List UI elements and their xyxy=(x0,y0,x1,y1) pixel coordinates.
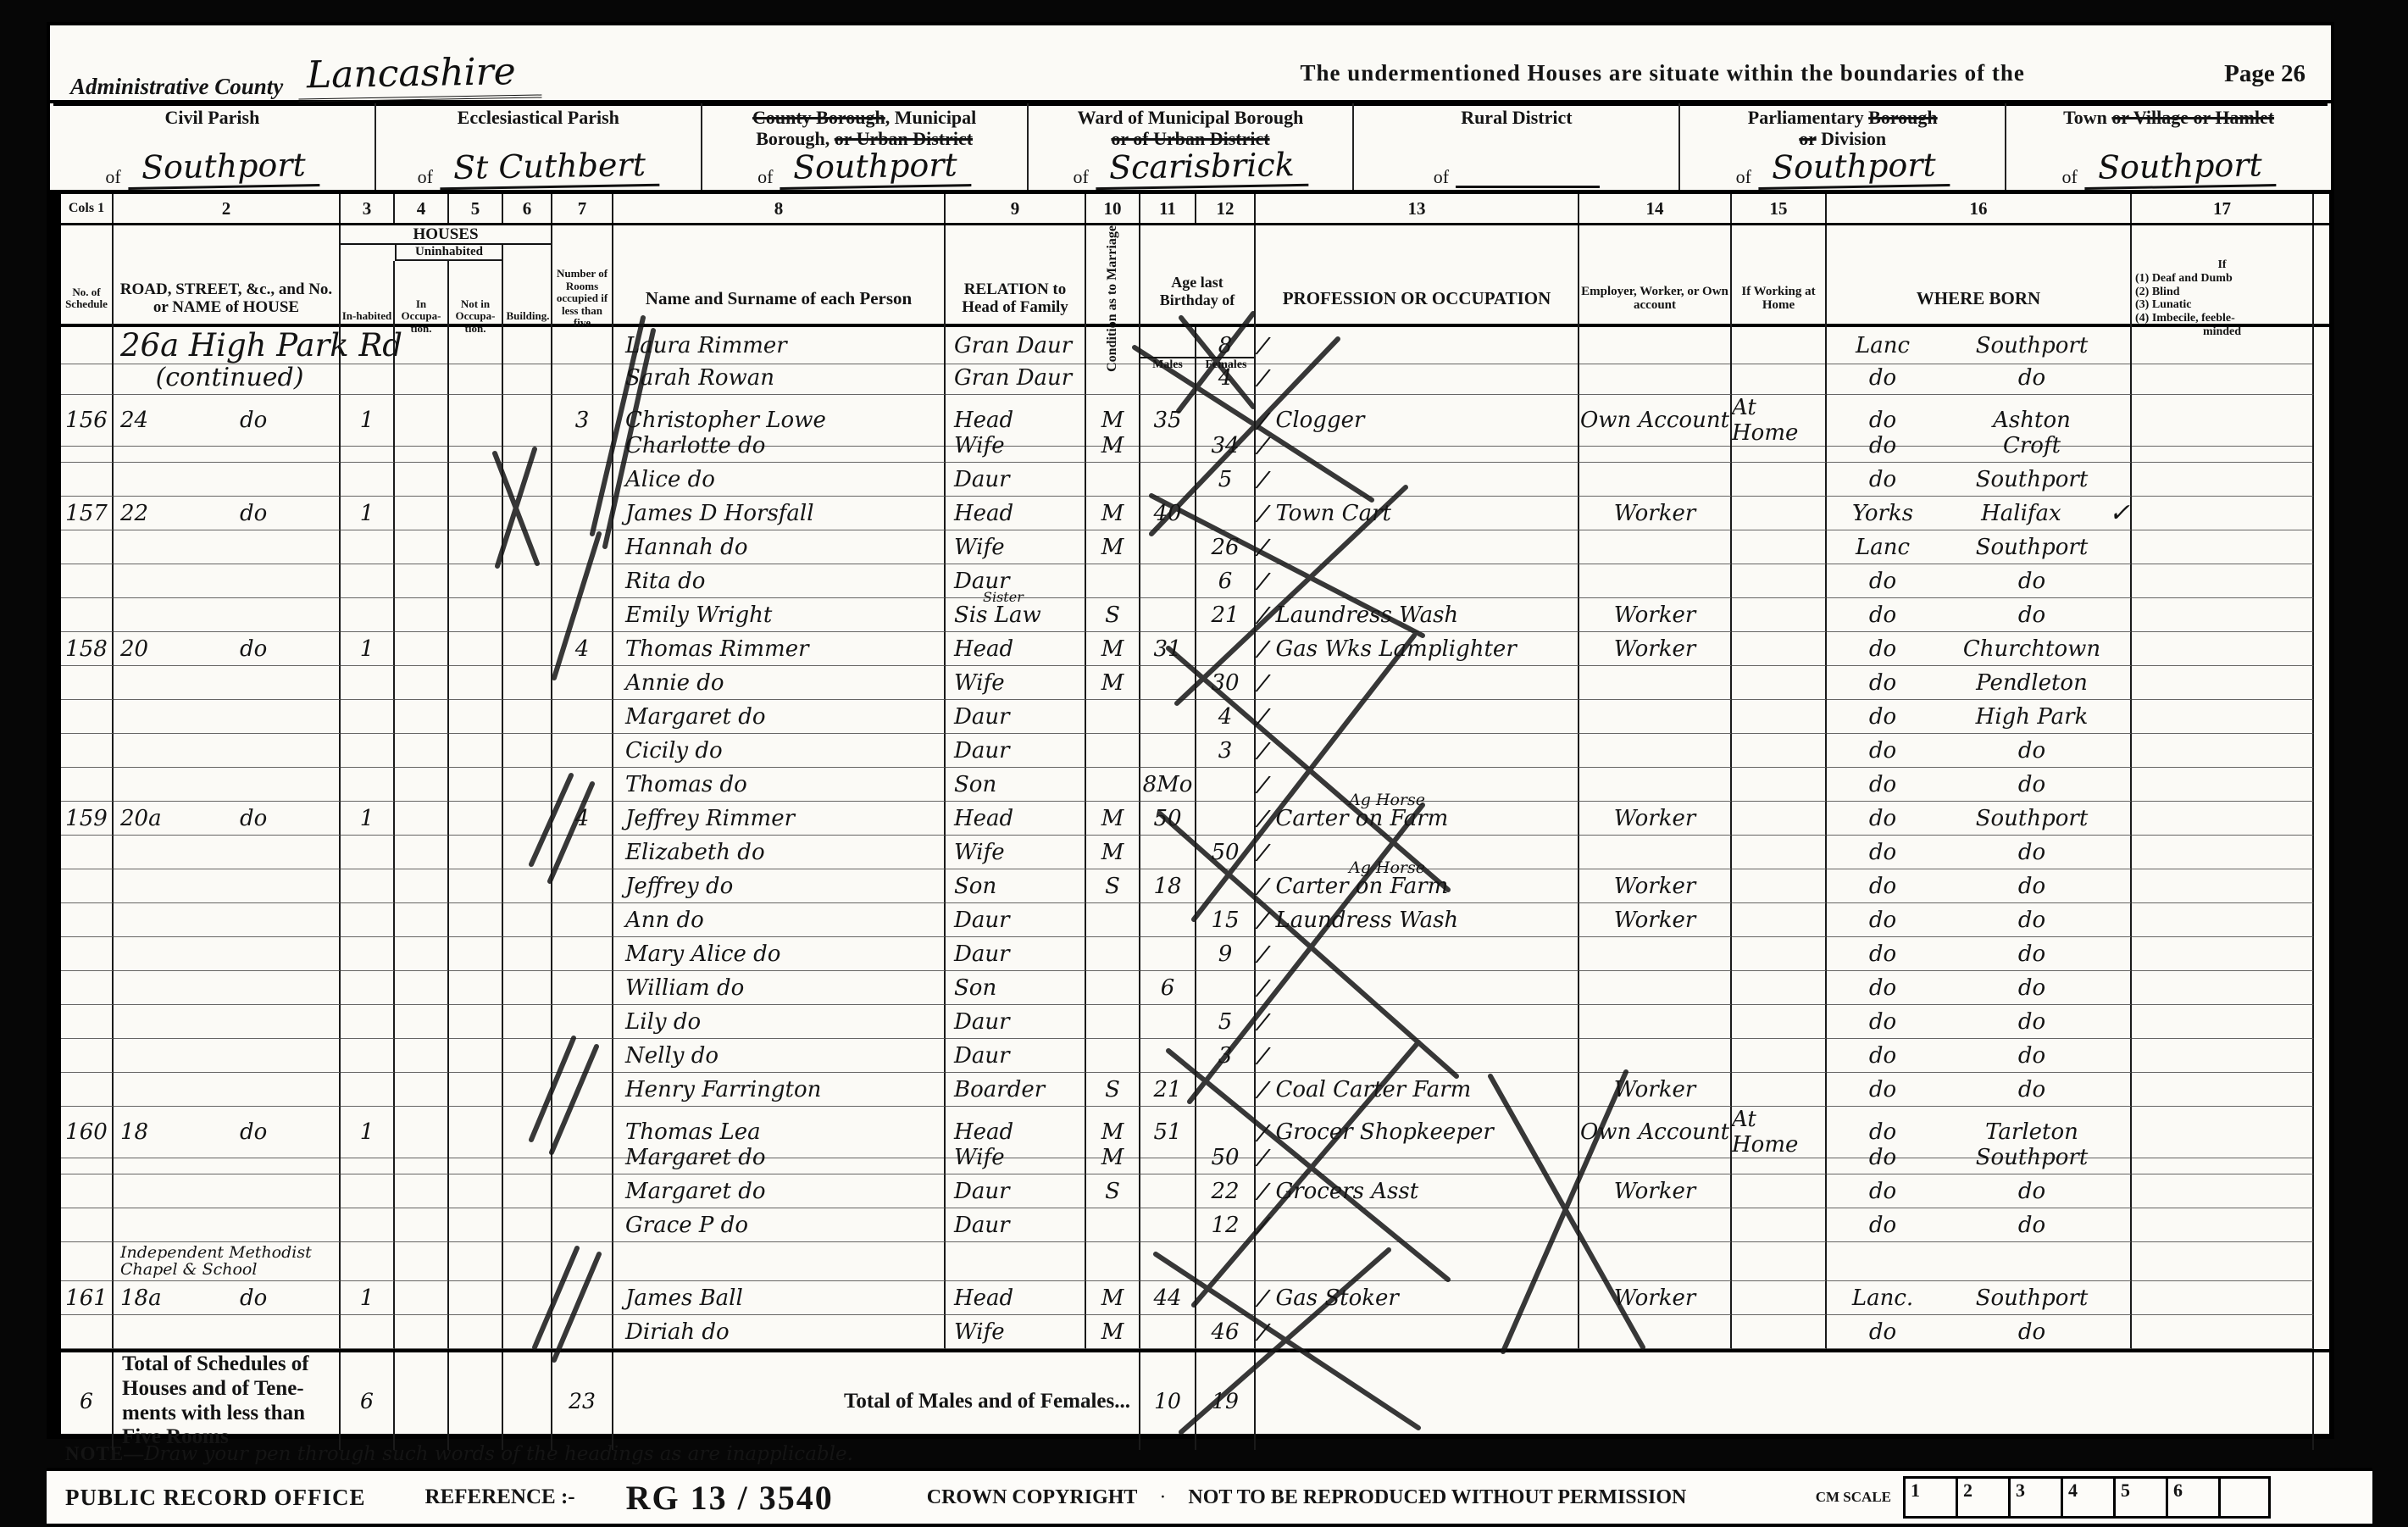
not-in-occupation-cell xyxy=(449,564,503,598)
age-male xyxy=(1140,598,1196,632)
colnum-5: 5 xyxy=(449,194,503,223)
schedule-number xyxy=(61,971,114,1005)
employer-status xyxy=(1579,564,1732,598)
schedule-number: 161 xyxy=(61,1281,114,1315)
tick-mark: / xyxy=(1257,1007,1270,1036)
in-occupation-cell xyxy=(395,971,449,1005)
address-cell xyxy=(114,768,341,802)
table-row: Lily do Daur 5 / do do xyxy=(61,1005,2329,1039)
born-county: do xyxy=(1832,1145,1934,1170)
inhabited-mark: 1 xyxy=(341,802,395,836)
building-cell xyxy=(503,666,552,700)
profession-cell: / xyxy=(1256,327,1579,364)
table-row: Annie do Wife M 30 / do Pendleton xyxy=(61,666,2329,700)
address-cell xyxy=(114,463,341,497)
employer-status xyxy=(1579,1315,1732,1349)
infirmity-line: (4) Imbecile, feeble- xyxy=(2135,312,2235,325)
relation-cell: Head xyxy=(946,802,1086,836)
at-home-status xyxy=(1732,768,1827,802)
address-ditto: Chapel & School xyxy=(120,1262,257,1279)
in-occupation-cell xyxy=(395,734,449,768)
profession-text: Laundress Wash xyxy=(1275,602,1458,628)
footer-separator: · xyxy=(1159,1486,1166,1509)
relation-cell: Gran Daur xyxy=(946,327,1086,364)
address-ditto: do xyxy=(240,636,267,662)
cm-scale-box: 3 xyxy=(2008,1476,2061,1519)
born-county: do xyxy=(1832,1077,1934,1102)
profession-cell: / xyxy=(1256,429,1579,463)
profession-cell: / xyxy=(1256,361,1579,395)
profession-cell: / Gas Wks Lamplighter xyxy=(1256,632,1579,666)
colnum-3: 3 xyxy=(341,194,395,223)
relation-text: Daur xyxy=(954,941,1010,967)
profession-cell: / xyxy=(1256,1315,1579,1349)
relation-cell: Daur xyxy=(946,937,1086,971)
tick-mark: / xyxy=(1257,668,1270,697)
schedule-number xyxy=(61,327,114,364)
born-county: do xyxy=(1832,1043,1934,1069)
not-in-occupation-cell xyxy=(449,598,503,632)
total-males: 10 xyxy=(1140,1352,1196,1450)
born-place: do xyxy=(1934,1319,2130,1345)
marital-condition xyxy=(1086,1208,1140,1242)
in-occupation-cell xyxy=(395,530,449,564)
relation-cell: Wife xyxy=(946,666,1086,700)
census-scan: Administrative County Lancashire The und… xyxy=(0,0,2408,1527)
profession-cell: / Ag Horse Carter on Farm xyxy=(1256,869,1579,903)
tick-mark: / xyxy=(1257,973,1270,1002)
inhabited-mark xyxy=(341,1315,395,1349)
address-ditto: do xyxy=(240,806,267,831)
admin-county: Administrative County Lancashire xyxy=(70,52,1101,100)
relation-text: Sis Law xyxy=(954,602,1041,628)
at-home-status xyxy=(1732,327,1827,364)
profession-cell: / xyxy=(1256,666,1579,700)
marital-condition xyxy=(1086,463,1140,497)
schedule-number xyxy=(61,598,114,632)
at-home-status xyxy=(1732,700,1827,734)
inhabited-mark: 1 xyxy=(341,497,395,530)
relation-text: Daur xyxy=(954,738,1010,763)
address-cell xyxy=(114,1208,341,1242)
in-occupation-cell xyxy=(395,1073,449,1107)
infirmity-cell xyxy=(2132,463,2314,497)
table-row: Diriah do Wife M 46 / do do xyxy=(61,1315,2329,1349)
address-cell xyxy=(114,1174,341,1208)
footer-copyright: CROWN COPYRIGHT xyxy=(927,1486,1138,1509)
profession-cell: / xyxy=(1256,1005,1579,1039)
relation-text: Wife xyxy=(954,1145,1005,1170)
person-name: Lily do xyxy=(613,1005,946,1039)
address-cell xyxy=(114,836,341,869)
tick-mark: / xyxy=(1257,1283,1270,1312)
footer-reference-number: RG 13 / 3540 xyxy=(626,1478,834,1518)
where-born-cell xyxy=(1827,1242,2132,1281)
where-born-cell: do Southport xyxy=(1827,463,2132,497)
age-female xyxy=(1196,802,1256,836)
person-name: Emily Wright xyxy=(613,598,946,632)
schedule-number xyxy=(61,463,114,497)
tick-mark: / xyxy=(1257,837,1270,866)
schedule-number: 157 xyxy=(61,497,114,530)
profession-cell: / Gas Stoker xyxy=(1256,1281,1579,1315)
born-place: Halifax xyxy=(1934,501,2109,526)
age-female: 4 xyxy=(1196,361,1256,395)
colnum-16: 16 xyxy=(1827,194,2132,223)
born-place: Pendleton xyxy=(1934,670,2130,696)
marital-condition xyxy=(1086,1242,1140,1281)
infirmity-cell xyxy=(2132,1141,2314,1174)
not-in-occupation-cell xyxy=(449,463,503,497)
relation-text: Wife xyxy=(954,433,1005,458)
table-row: Rita do Daur 6 / do do xyxy=(61,564,2329,598)
colnum-13: 13 xyxy=(1256,194,1579,223)
profession-cell: / xyxy=(1256,937,1579,971)
where-born-cell: do do xyxy=(1827,1208,2132,1242)
not-in-occupation-cell xyxy=(449,1005,503,1039)
person-name: Ann do xyxy=(613,903,946,937)
schedule-number xyxy=(61,1039,114,1073)
inhabited-mark: 1 xyxy=(341,1281,395,1315)
tick-mark: / xyxy=(1257,939,1270,968)
cm-scale-box: 6 xyxy=(2166,1476,2218,1519)
person-name xyxy=(613,1242,946,1281)
schedule-number: 159 xyxy=(61,802,114,836)
building-cell xyxy=(503,768,552,802)
inhabited-mark xyxy=(341,700,395,734)
in-occupation-cell xyxy=(395,869,449,903)
employer-status: Worker xyxy=(1579,903,1732,937)
footer-office: PUBLIC RECORD OFFICE xyxy=(65,1485,366,1511)
infirmity-cell xyxy=(2132,700,2314,734)
not-in-occupation-cell xyxy=(449,836,503,869)
age-female xyxy=(1196,971,1256,1005)
where-born-cell: Lanc Southport xyxy=(1827,327,2132,364)
building-cell xyxy=(503,1315,552,1349)
table-row: Margaret do Wife M 50 / do Southport xyxy=(61,1141,2329,1174)
where-born-cell: do do xyxy=(1827,564,2132,598)
age-male: 21 xyxy=(1140,1073,1196,1107)
relation-text: Daur xyxy=(954,1213,1010,1238)
rooms-count xyxy=(552,1039,613,1073)
not-in-occupation-cell xyxy=(449,361,503,395)
age-female: 50 xyxy=(1196,836,1256,869)
born-county: do xyxy=(1832,874,1934,899)
at-home-status xyxy=(1732,802,1827,836)
relation-cell: Head xyxy=(946,497,1086,530)
age-male xyxy=(1140,1141,1196,1174)
rooms-count xyxy=(552,463,613,497)
not-in-occupation-cell xyxy=(449,1141,503,1174)
not-in-occupation-cell xyxy=(449,971,503,1005)
in-occupation-cell xyxy=(395,429,449,463)
where-born-cell: Lanc Southport xyxy=(1827,530,2132,564)
table-row: Hannah do Wife M 26 / Lanc Southport xyxy=(61,530,2329,564)
rooms-count xyxy=(552,1281,613,1315)
age-male xyxy=(1140,429,1196,463)
borough-label-2: Borough, xyxy=(756,128,829,149)
in-occupation-cell xyxy=(395,1242,449,1281)
marital-condition xyxy=(1086,768,1140,802)
at-home-status xyxy=(1732,361,1827,395)
inhabited-mark xyxy=(341,564,395,598)
address-cell xyxy=(114,666,341,700)
born-place: Churchtown xyxy=(1934,636,2130,662)
profession-text: Gas Wks Lamplighter xyxy=(1275,636,1516,662)
town-label: Town xyxy=(2063,107,2107,128)
inhabited-mark xyxy=(341,903,395,937)
borough-label-1: , Municipal xyxy=(885,107,977,128)
at-home-status xyxy=(1732,666,1827,700)
person-name: Diriah do xyxy=(613,1315,946,1349)
born-county: do xyxy=(1832,602,1934,628)
building-cell xyxy=(503,937,552,971)
not-in-occupation-cell xyxy=(449,1315,503,1349)
where-born-cell: do Churchtown xyxy=(1827,632,2132,666)
in-occupation-cell xyxy=(395,1208,449,1242)
building-cell xyxy=(503,530,552,564)
infirmity-cell xyxy=(2132,497,2314,530)
employer-status: Worker xyxy=(1579,802,1732,836)
age-female: 3 xyxy=(1196,1039,1256,1073)
building-cell xyxy=(503,598,552,632)
relation-text: Gran Daur xyxy=(954,333,1072,358)
born-county: do xyxy=(1832,840,1934,865)
building-cell xyxy=(503,802,552,836)
table-row: 158 20 do 1 4 Thomas Rimmer Head M 31 / … xyxy=(61,632,2329,666)
cm-scale: CM SCALE 1 2 3 4 5 6 xyxy=(1816,1476,2271,1519)
where-born-cell: do do xyxy=(1827,836,2132,869)
marital-condition: M xyxy=(1086,666,1140,700)
rooms-count: 4 xyxy=(552,632,613,666)
relation-cell xyxy=(946,1242,1086,1281)
person-name: Margaret do xyxy=(613,700,946,734)
inhabited-mark xyxy=(341,971,395,1005)
at-home-status xyxy=(1732,937,1827,971)
age-female: 26 xyxy=(1196,530,1256,564)
relation-cell: Daur xyxy=(946,1174,1086,1208)
at-home-status xyxy=(1732,869,1827,903)
in-occupation-cell xyxy=(395,903,449,937)
in-occupation-cell xyxy=(395,361,449,395)
in-occupation-cell xyxy=(395,463,449,497)
profession-cell: / xyxy=(1256,1141,1579,1174)
schedule-number: 158 xyxy=(61,632,114,666)
rooms-count xyxy=(552,836,613,869)
table-row: 161 18a do 1 James Ball Head M 44 / Gas … xyxy=(61,1281,2329,1315)
not-in-occupation-cell xyxy=(449,903,503,937)
table-row: Mary Alice do Daur 9 / do do xyxy=(61,937,2329,971)
age-female: 5 xyxy=(1196,1005,1256,1039)
address-cell xyxy=(114,429,341,463)
not-in-occupation-cell xyxy=(449,734,503,768)
rooms-count xyxy=(552,564,613,598)
relation-text: Daur xyxy=(954,704,1010,730)
address-cell xyxy=(114,1005,341,1039)
where-born-cell: do do xyxy=(1827,903,2132,937)
building-cell xyxy=(503,361,552,395)
in-occupation-cell xyxy=(395,327,449,364)
inhabited-mark xyxy=(341,836,395,869)
marital-condition: S xyxy=(1086,598,1140,632)
employer-status xyxy=(1579,666,1732,700)
at-home-status xyxy=(1732,1208,1827,1242)
relation-cell: Sister Sis Law xyxy=(946,598,1086,632)
where-born-cell: do do xyxy=(1827,1073,2132,1107)
marital-condition: S xyxy=(1086,869,1140,903)
address-cell xyxy=(114,869,341,903)
employer-status: Worker xyxy=(1579,497,1732,530)
schedule-number xyxy=(61,666,114,700)
age-male xyxy=(1140,937,1196,971)
infirmity-cell xyxy=(2132,1039,2314,1073)
in-occupation-cell xyxy=(395,1281,449,1315)
age-female xyxy=(1196,1073,1256,1107)
tick-mark: / xyxy=(1257,1210,1270,1239)
address-cell: Independent Methodist Chapel & School xyxy=(114,1242,341,1281)
tick-mark: / xyxy=(1257,330,1270,359)
employer-status: Worker xyxy=(1579,1073,1732,1107)
relation-cell: Daur xyxy=(946,734,1086,768)
infirmity-cell xyxy=(2132,768,2314,802)
table-row: Nelly do Daur 3 / do do xyxy=(61,1039,2329,1073)
tick-mark: / xyxy=(1257,1041,1270,1069)
profession-cell: / xyxy=(1256,530,1579,564)
age-female: 3 xyxy=(1196,734,1256,768)
employer-status: Worker xyxy=(1579,1281,1732,1315)
born-place: do xyxy=(1934,975,2130,1001)
infirmity-line: If xyxy=(2217,258,2226,272)
relation-text: Boarder xyxy=(954,1077,1045,1102)
born-county: do xyxy=(1832,569,1934,594)
profession-cell: / xyxy=(1256,564,1579,598)
schedule-number xyxy=(61,1315,114,1349)
person-name: Nelly do xyxy=(613,1039,946,1073)
rooms-count xyxy=(552,429,613,463)
rural-district-box: Rural District of xyxy=(1354,103,1680,190)
colnum-10: 10 xyxy=(1086,194,1140,223)
age-male xyxy=(1140,1005,1196,1039)
not-in-occupation-cell xyxy=(449,530,503,564)
born-county: do xyxy=(1832,1179,1934,1204)
at-home-status xyxy=(1732,1073,1827,1107)
totals-label: Total of Schedules of Houses and of Tene… xyxy=(114,1352,341,1450)
person-name: Grace P do xyxy=(613,1208,946,1242)
address-cell: 20a do xyxy=(114,802,341,836)
building-cell xyxy=(503,1242,552,1281)
town-struck: or Village or Hamlet xyxy=(2111,107,2274,128)
relation-cell: Daur xyxy=(946,903,1086,937)
address-text: 18a xyxy=(120,1285,162,1311)
relation-cell: Wife xyxy=(946,1141,1086,1174)
inhabited-mark xyxy=(341,598,395,632)
schedule-number xyxy=(61,1005,114,1039)
rooms-count xyxy=(552,327,613,364)
at-home-status xyxy=(1732,632,1827,666)
schedule-number xyxy=(61,1208,114,1242)
schedule-number xyxy=(61,1073,114,1107)
building-cell xyxy=(503,463,552,497)
address-cell xyxy=(114,530,341,564)
at-home-status xyxy=(1732,1315,1827,1349)
address-text: Independent Methodist xyxy=(120,1245,312,1262)
relation-cell: Gran Daur xyxy=(946,361,1086,395)
profession-text: Town Cart xyxy=(1275,501,1391,526)
address-cell xyxy=(114,700,341,734)
ward-label: Ward of Municipal Borough xyxy=(1078,107,1304,128)
tick-mark: / xyxy=(1257,1142,1270,1171)
person-name: James D Horsfall xyxy=(613,497,946,530)
tick-mark: / xyxy=(1257,736,1270,764)
rooms-count xyxy=(552,598,613,632)
born-county: do xyxy=(1832,433,1934,458)
where-born-cell: do do xyxy=(1827,768,2132,802)
born-place: do xyxy=(1934,602,2130,628)
building-cell xyxy=(503,1073,552,1107)
at-home-status xyxy=(1732,1005,1827,1039)
in-occupation-cell xyxy=(395,937,449,971)
infirmity-cell xyxy=(2132,1208,2314,1242)
rooms-count xyxy=(552,530,613,564)
person-name: Annie do xyxy=(613,666,946,700)
profession-text: Gas Stoker xyxy=(1275,1285,1398,1311)
borough-struck-1: County Borough xyxy=(752,107,885,128)
marital-condition xyxy=(1086,937,1140,971)
person-name: Hannah do xyxy=(613,530,946,564)
table-row: Charlotte do Wife M 34 / do Croft xyxy=(61,429,2329,463)
age-male xyxy=(1140,530,1196,564)
colnum-4: 4 xyxy=(395,194,449,223)
born-place: do xyxy=(1934,1179,2130,1204)
rooms-count xyxy=(552,666,613,700)
infirmity-cell xyxy=(2132,802,2314,836)
employer-status xyxy=(1579,1039,1732,1073)
rooms-count xyxy=(552,1174,613,1208)
profession-text: Coal Carter Farm xyxy=(1275,1077,1471,1102)
borough-value: Southport xyxy=(780,146,972,190)
not-in-occupation-cell xyxy=(449,1039,503,1073)
infirmity-cell xyxy=(2132,734,2314,768)
schedule-number xyxy=(61,768,114,802)
employer-status xyxy=(1579,836,1732,869)
inhabited-mark xyxy=(341,1005,395,1039)
not-in-occupation-cell xyxy=(449,1208,503,1242)
footer-strip: PUBLIC RECORD OFFICE REFERENCE :- RG 13 … xyxy=(47,1468,2372,1526)
profession-text: Carter on Farm xyxy=(1275,806,1448,831)
inhabited-mark xyxy=(341,1073,395,1107)
address-cell xyxy=(114,937,341,971)
census-table: Cols 1 2 3 4 5 6 7 8 9 10 11 12 13 14 15… xyxy=(50,194,2331,1438)
table-row: Jeffrey do Son S 18 / Ag Horse Carter on… xyxy=(61,869,2329,903)
at-home-status xyxy=(1732,734,1827,768)
where-born-cell: do do xyxy=(1827,971,2132,1005)
relation-cell: Head xyxy=(946,1281,1086,1315)
schedule-number xyxy=(61,564,114,598)
relation-text: Head xyxy=(954,501,1013,526)
infirmity-line: (1) Deaf and Dumb xyxy=(2135,272,2233,286)
colnum-14: 14 xyxy=(1579,194,1732,223)
building-cell xyxy=(503,869,552,903)
age-male: 18 xyxy=(1140,869,1196,903)
at-home-status xyxy=(1732,1141,1827,1174)
cm-scale-box: 1 xyxy=(1903,1476,1956,1519)
table-row: Ann do Daur 15 / Laundress Wash Worker d… xyxy=(61,903,2329,937)
age-male xyxy=(1140,361,1196,395)
tick-mark: / xyxy=(1257,430,1270,459)
infirmity-cell xyxy=(2132,869,2314,903)
infirmity-cell xyxy=(2132,1073,2314,1107)
infirmity-cell xyxy=(2132,971,2314,1005)
